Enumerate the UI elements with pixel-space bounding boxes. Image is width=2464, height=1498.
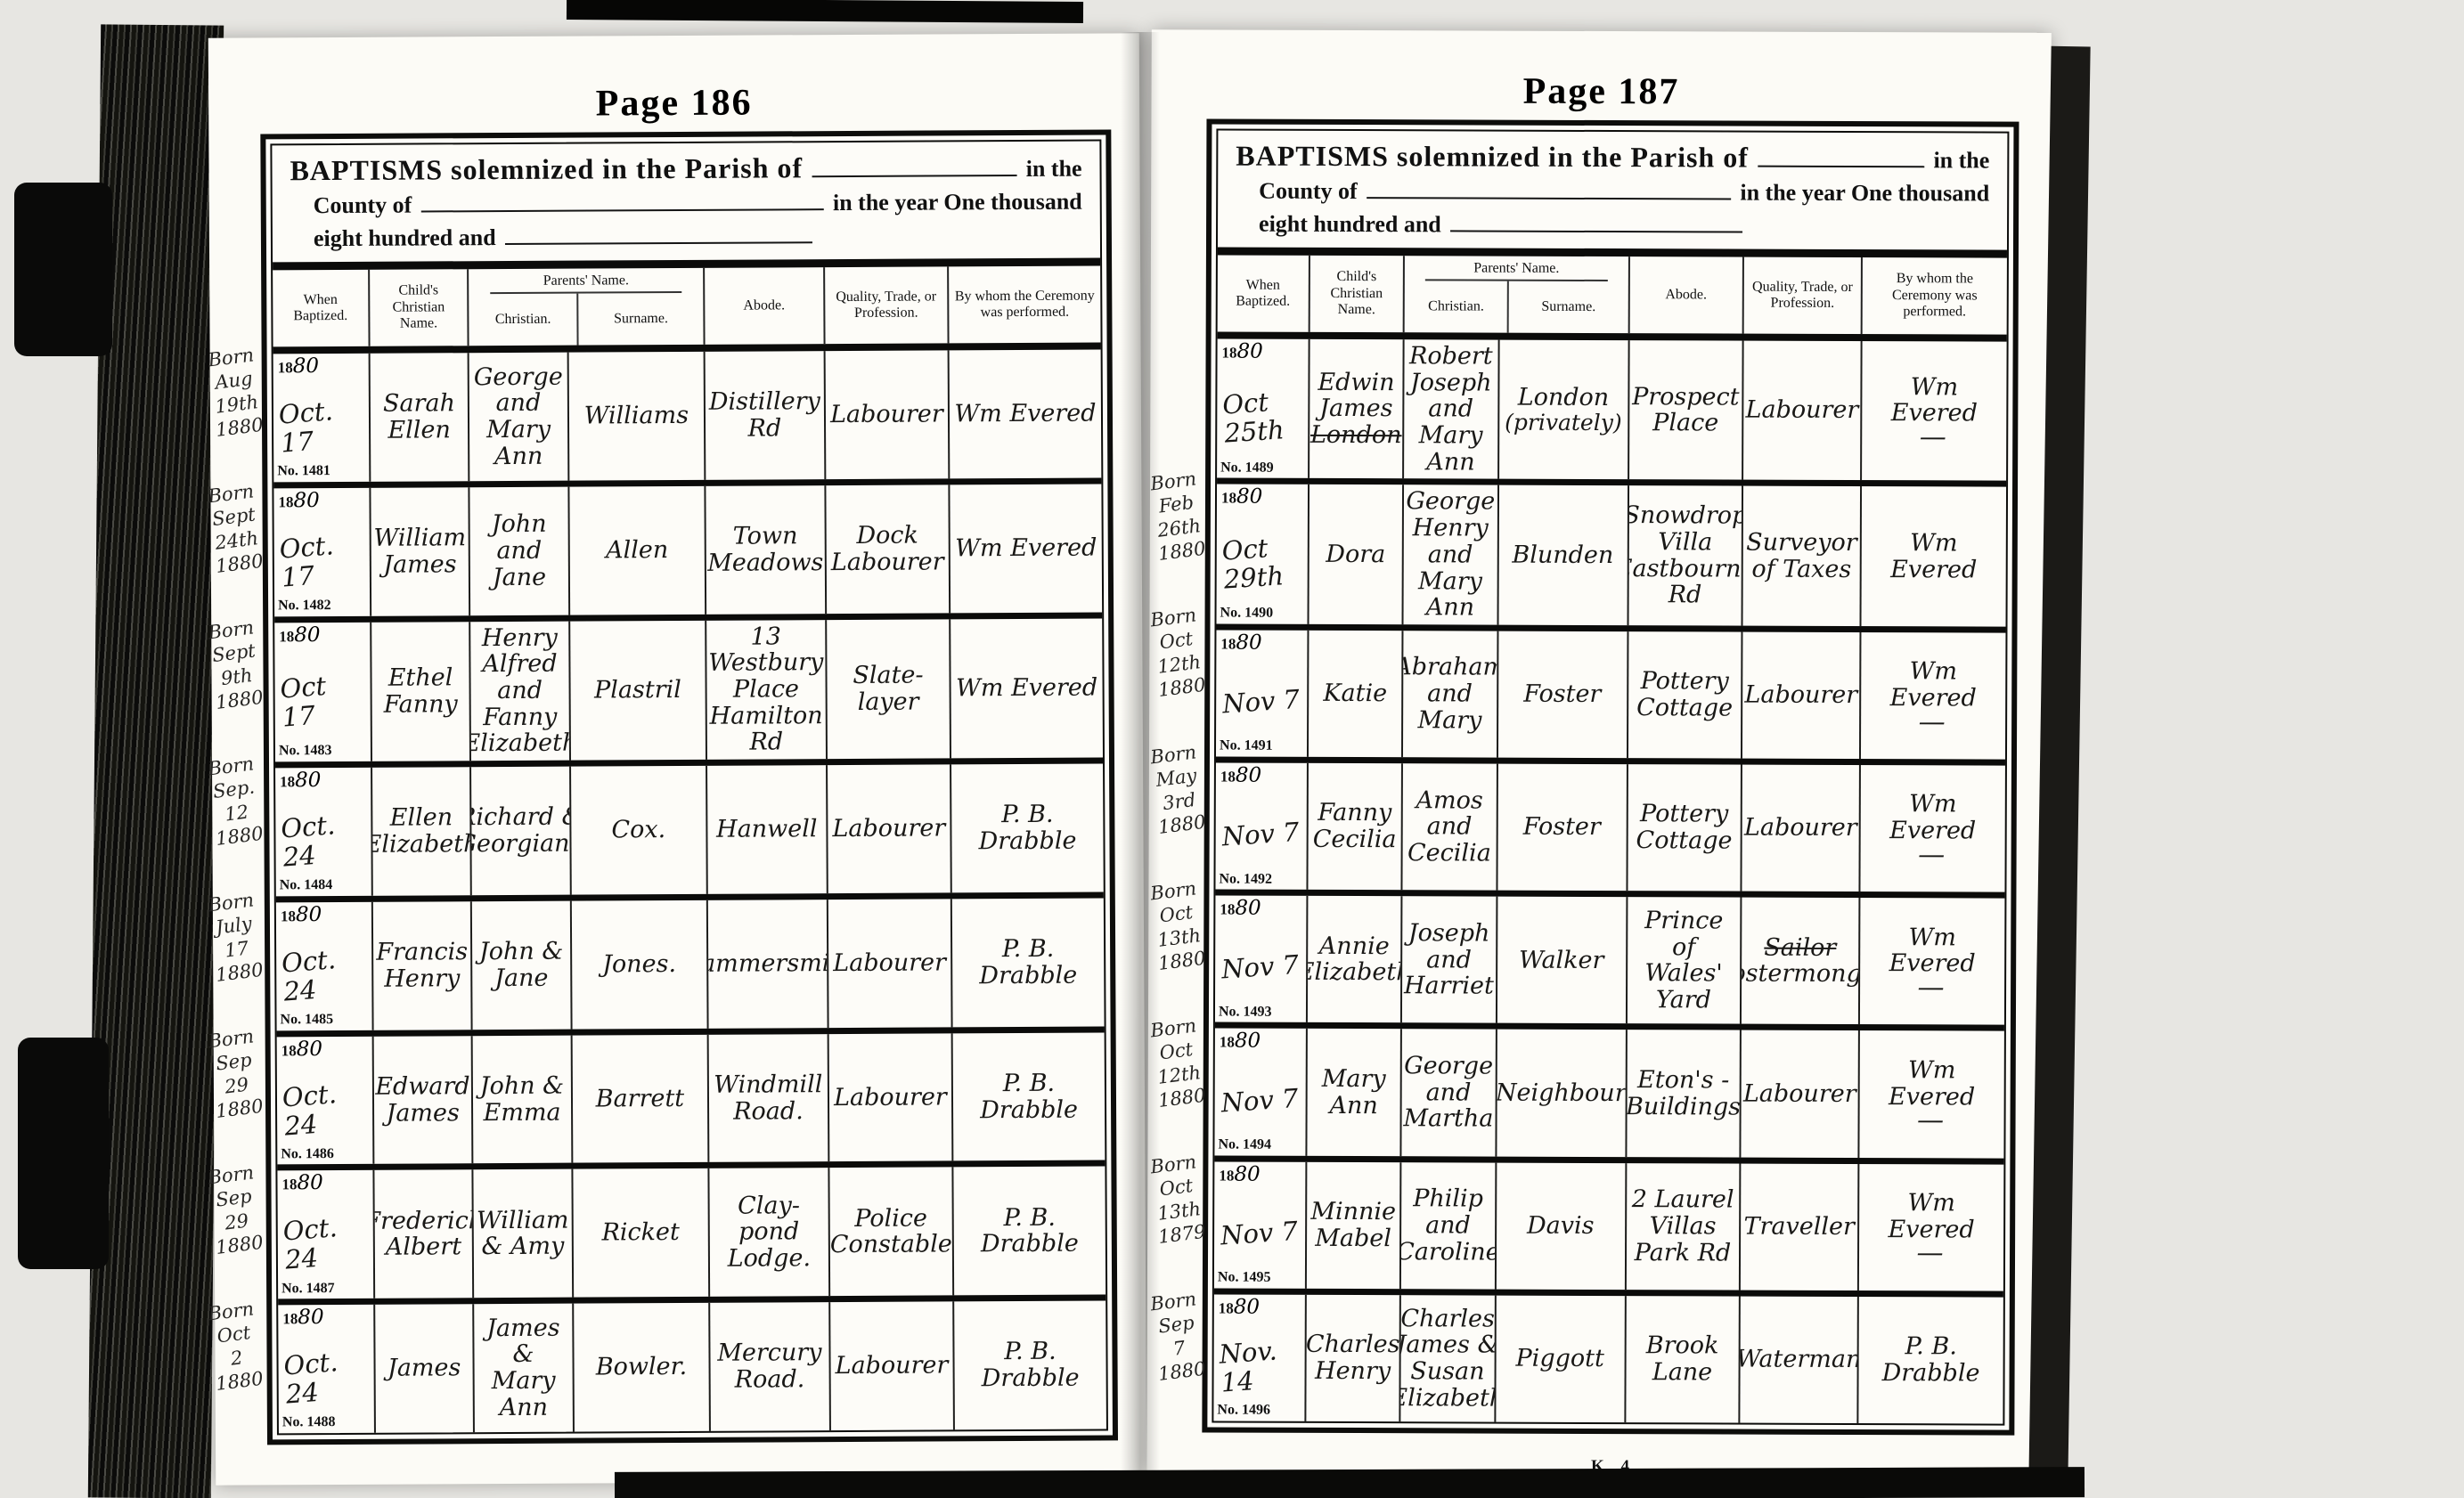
quality-trade-cell: Labourer	[823, 350, 948, 479]
column-headers: When Baptized. Child's Christian Name. P…	[273, 266, 1100, 354]
entry-number: No. 1493	[1219, 1004, 1272, 1020]
table-row: 1880 Oct. 24 No. 1488 James James & Mary…	[278, 1301, 1106, 1434]
margin-born-note: Born Sep 29 1880	[193, 1016, 281, 1160]
col-by-whom: By whom the Ceremony was performed.	[1861, 257, 2007, 335]
entry-number: No. 1487	[281, 1281, 335, 1297]
margin-born-notes-186: Born Aug 19th 1880Born Sept 24th 1880Bor…	[201, 338, 273, 1429]
year-entry: 1880	[281, 904, 322, 927]
margin-born-note: Born Sep 29 1880	[193, 1152, 281, 1297]
blank-line	[1367, 191, 1732, 199]
margin-born-note: Born Oct 2 1880	[193, 1289, 281, 1433]
when-baptized-cell: 1880 Nov 7 No. 1491	[1216, 630, 1307, 757]
struck-text: Sailor	[1764, 934, 1836, 961]
table-row: 1880 Oct. 17 No. 1481 Sarah Ellen George…	[273, 350, 1102, 489]
table-row: 1880 Oct. 24 No. 1484 Ellen Elizabeth Ri…	[275, 764, 1104, 903]
binding-clasp	[14, 183, 112, 356]
year-entry: 1880	[278, 355, 319, 379]
child-name-cell: Edwin James London	[1308, 339, 1403, 479]
when-baptized-cell: 1880 Nov 7 No. 1492	[1215, 763, 1306, 891]
col-abode: Abode.	[703, 267, 823, 345]
child-name-cell: Francis Henry	[371, 901, 471, 1030]
form-heading-line3: eight hundred and	[314, 222, 496, 255]
abode-cell: Windmill Road.	[707, 1034, 828, 1163]
col-parents-surname: Surname.	[1507, 281, 1628, 333]
col-quality-trade: Quality, Trade, or Profession.	[823, 266, 948, 344]
col-when-baptized: When Baptized.	[273, 270, 368, 347]
quality-trade-cell: Labourer	[1741, 631, 1859, 759]
by-whom-cell: Wm Evered	[949, 618, 1103, 758]
entry-number: No. 1481	[277, 463, 330, 479]
year-entry: 1880	[281, 1173, 322, 1196]
form-heading-line2: County of	[314, 190, 412, 223]
entry-number: No. 1483	[279, 743, 332, 759]
by-whom-cell: Wm Evered —	[1858, 898, 2004, 1025]
when-baptized-cell: 1880 Oct. 17 No. 1482	[273, 488, 370, 616]
form-heading-line3: eight hundred and	[1259, 208, 1441, 241]
by-whom-cell: Wm Evered —	[1860, 341, 2006, 481]
year-entry: 1880	[1219, 1296, 1260, 1318]
quality-trade-cell: Labourer	[827, 899, 951, 1028]
margin-born-note: Born Sep. 12 1880	[193, 744, 281, 888]
parents-christian-cell: Henry Alfred and Fanny Elizabeth	[469, 621, 568, 761]
when-baptized-cell: 1880 Oct. 24 No. 1485	[276, 902, 372, 1030]
entry-number: No. 1484	[280, 877, 333, 893]
year-entry: 1880	[282, 1307, 323, 1330]
signature-flourish: —	[1920, 427, 1949, 448]
abode-cell: Hanwell	[706, 765, 826, 894]
year-entry: 1880	[281, 1038, 322, 1062]
entry-number: No. 1482	[278, 598, 331, 614]
baptism-date-entry: Nov. 14	[1219, 1336, 1303, 1398]
parents-christian-cell: John & Emma	[471, 1035, 571, 1163]
parents-surname-cell: Piggott	[1494, 1295, 1625, 1422]
parents-surname-cell: Neighbour	[1495, 1030, 1626, 1157]
child-name-cell: Ethel Fanny	[370, 622, 469, 761]
when-baptized-cell: 1880 Nov 7 No. 1493	[1215, 896, 1306, 1023]
col-childs-name: Child's Christian Name.	[368, 269, 468, 346]
margin-born-note: Born July 17 1880	[193, 880, 281, 1024]
child-name-cell: Frederick Albert	[372, 1170, 472, 1299]
baptism-date-entry: Oct. 24	[281, 1078, 371, 1141]
by-whom-cell: P. B. Drabble	[952, 1301, 1106, 1430]
signature-flourish: —	[1918, 844, 1947, 866]
abode-cell: Mercury Road.	[708, 1302, 828, 1431]
page-title: Page 187	[1152, 29, 2052, 115]
abode-cell: 13 Westbury Place Hamilton Rd	[705, 620, 826, 760]
signature-flourish: —	[1917, 1110, 1946, 1131]
baptism-date-entry: Oct. 17	[279, 529, 368, 592]
year-entry: 1880	[1219, 1163, 1260, 1185]
form-heading-line1: BAPTISMS solemnized in the Parish of	[1236, 140, 1749, 174]
year-entry: 1880	[1222, 341, 1263, 363]
year-entry: 1880	[279, 624, 320, 647]
table-row: 1880 Oct. 24 No. 1485 Francis Henry John…	[276, 898, 1105, 1037]
entry-number: No. 1490	[1220, 606, 1274, 622]
by-whom-cell: P. B. Drabble	[951, 1167, 1106, 1296]
quality-trade-cell: Labourer	[827, 1033, 951, 1162]
child-name-cell: Annie Elizabeth	[1306, 896, 1401, 1023]
baptism-date-entry: Oct 29th	[1221, 533, 1306, 595]
entry-number: No. 1489	[1220, 460, 1274, 476]
child-name-cell: Edward James	[371, 1036, 471, 1164]
blank-line	[420, 203, 824, 212]
entry-number: No. 1486	[281, 1146, 334, 1162]
signature-flourish: —	[1916, 1243, 1946, 1265]
child-name-cell: Dora	[1307, 484, 1402, 624]
by-whom-cell: Wm Evered —	[1859, 632, 2005, 760]
parents-surname-cell: Cox.	[569, 766, 706, 895]
col-by-whom: By whom the Ceremony was performed.	[947, 266, 1100, 344]
baptism-register-table: BAPTISMS solemnized in the Parish of in …	[1202, 118, 2019, 1435]
by-whom-cell: Wm Evered —	[1859, 765, 2005, 892]
baptism-date-entry: Nov 7	[1221, 818, 1301, 852]
form-heading-line1: BAPTISMS solemnized in the Parish of	[290, 151, 803, 186]
quality-trade-cell: Traveller	[1739, 1163, 1857, 1290]
by-whom-cell: P. B. Drabble	[951, 898, 1105, 1027]
blank-line	[1450, 224, 1742, 232]
entry-number: No. 1488	[282, 1414, 336, 1430]
quality-trade-cell: Police Constable	[828, 1168, 952, 1297]
abode-cell: Brook Lane	[1624, 1296, 1739, 1423]
table-row: 1880 Nov. 14 No. 1496 Charles Henry Char…	[1213, 1294, 2003, 1423]
parents-surname-cell: Allen	[567, 486, 705, 615]
quality-trade-cell: Dock Labourer	[824, 484, 949, 614]
abode-cell: Clay-pond Lodge.	[707, 1168, 828, 1298]
when-baptized-cell: 1880 Oct 29th No. 1490	[1217, 484, 1308, 624]
child-name-cell: Minnie Mabel	[1305, 1161, 1400, 1289]
entry-number: No. 1492	[1219, 871, 1272, 887]
parents-christian-cell: Richard & Georgiana	[469, 767, 569, 895]
form-heading: BAPTISMS solemnized in the Parish of in …	[1218, 131, 2007, 258]
when-baptized-cell: 1880 Nov. 14 No. 1496	[1213, 1294, 1304, 1421]
abode-cell: Prospect Place	[1628, 340, 1742, 480]
quality-trade-cell: Labourer	[1741, 765, 1859, 892]
col-parents-christian: Christian.	[469, 294, 577, 346]
table-row: 1880 Nov 7 No. 1491 Katie Abraham and Ma…	[1216, 630, 2006, 765]
parents-christian-cell: George and Mary Ann	[468, 353, 567, 481]
baptism-date-entry: Oct 25th	[1221, 387, 1306, 449]
baptism-register-table: BAPTISMS solemnized in the Parish of in …	[260, 129, 1118, 1445]
blank-line	[1758, 160, 1925, 168]
baptism-date-entry: Nov 7	[1220, 1084, 1300, 1118]
table-row: 1880 Oct. 24 No. 1487 Frederick Albert W…	[277, 1167, 1106, 1306]
parents-surname-cell: Jones.	[570, 900, 707, 1030]
by-whom-cell: P. B. Drabble	[950, 764, 1104, 893]
child-name-cell: Ellen Elizabeth	[371, 767, 470, 895]
parents-surname-cell: London (privately)	[1497, 340, 1628, 480]
parents-surname-cell: Plastril	[568, 620, 706, 760]
parents-surname-cell: Bowler.	[572, 1303, 709, 1432]
by-whom-cell: P. B. Drabble	[951, 1032, 1106, 1161]
table-row: 1880 Oct 25th No. 1489 Edwin James Londo…	[1217, 339, 2007, 488]
abode-cell: Eton's - Buildings	[1625, 1030, 1740, 1158]
year-entry: 1880	[1220, 1030, 1261, 1053]
table-row: 1880 Oct 17 No. 1483 Ethel Fanny Henry A…	[274, 618, 1103, 768]
register-scan: Page 186 BAPTISMS solemnized in the Pari…	[0, 0, 2464, 1498]
by-whom-cell: Wm Evered	[1860, 486, 2006, 626]
year-entry: 1880	[1220, 898, 1261, 920]
parents-surname-cell: Ricket	[571, 1168, 708, 1298]
entry-number: No. 1485	[280, 1012, 333, 1028]
entry-number: No. 1491	[1220, 738, 1273, 754]
parents-christian-cell: Charles James & Susan Elizabeth	[1399, 1295, 1495, 1422]
table-row: 1880 Nov 7 No. 1492 Fanny Cecilia Amos a…	[1215, 763, 2005, 899]
parents-surname-cell: Foster	[1496, 631, 1627, 758]
parents-christian-cell: Robert Joseph and Mary Ann	[1402, 339, 1497, 479]
quality-trade-cell: Labourer	[1742, 341, 1860, 481]
parents-surname-cell: Williams	[567, 352, 704, 481]
year-entry: 1880	[1220, 765, 1261, 787]
abode-cell: Distillery Rd	[704, 351, 824, 480]
col-quality-trade: Quality, Trade, or Profession.	[1742, 257, 1861, 334]
left-page: Page 186 BAPTISMS solemnized in the Pari…	[208, 33, 1146, 1485]
table-row: 1880 Oct 29th No. 1490 Dora George Henry…	[1216, 484, 2006, 633]
surname-note: (privately)	[1505, 411, 1622, 436]
parents-christian-cell: George Henry and Mary Ann	[1402, 485, 1497, 625]
parents-christian-cell: James & Mary Ann	[472, 1304, 572, 1432]
col-parents-name: Parents' Name. Christian. Surname.	[467, 268, 703, 346]
parents-christian-cell: John and Jane	[469, 486, 568, 615]
form-heading: BAPTISMS solemnized in the Parish of in …	[272, 142, 1100, 271]
abode-cell: 2 Laurel Villas Park Rd	[1625, 1163, 1740, 1290]
quality-trade-cell: Labourer	[1740, 1030, 1858, 1158]
margin-born-note: Born Sept 9th 1880	[193, 607, 281, 752]
scan-edge-artifact	[567, 0, 1083, 23]
right-page: Page 187 BAPTISMS solemnized in the Pari…	[1146, 29, 2052, 1476]
year-entry: 1880	[1220, 631, 1261, 654]
abode-cell: Hammersmith	[706, 900, 827, 1029]
table-row: 1880 Oct. 24 No. 1486 Edward James John …	[277, 1032, 1106, 1171]
parents-surname-cell: Foster	[1496, 764, 1627, 891]
binding-clasp	[18, 1038, 109, 1269]
parents-surname-cell: Davis	[1494, 1162, 1625, 1290]
when-baptized-cell: 1880 Oct. 24 No. 1487	[277, 1170, 373, 1299]
parents-surname-cell: Walker	[1495, 897, 1626, 1024]
by-whom-cell: Wm Evered —	[1857, 1164, 2003, 1291]
blank-line	[812, 169, 1017, 177]
blank-line	[505, 236, 812, 245]
table-row: 1880 Oct. 17 No. 1482 William James John…	[273, 484, 1102, 623]
child-name-cell: Sarah Ellen	[368, 353, 468, 481]
by-whom-cell: P. B. Drabble	[1856, 1297, 2003, 1424]
col-parents-name: Parents' Name. Christian. Surname.	[1403, 256, 1628, 333]
col-parents-surname: Surname.	[576, 293, 703, 346]
abode-cell: Snowdrop Villa Eastbourne Rd	[1627, 486, 1742, 626]
quality-trade-cell: Sailor Costermonger	[1740, 898, 1858, 1025]
column-headers: When Baptized. Child's Christian Name. P…	[1218, 256, 2007, 342]
quality-trade-cell: Waterman	[1739, 1296, 1857, 1423]
child-name-cell: William James	[369, 487, 469, 615]
signature-flourish: —	[1918, 977, 1947, 998]
child-name-cell: Fanny Cecilia	[1306, 763, 1401, 891]
page-title: Page 186	[208, 33, 1140, 126]
baptism-date-entry: Nov 7	[1220, 1217, 1299, 1251]
when-baptized-cell: 1880 Oct 25th No. 1489	[1217, 339, 1308, 479]
entries-page-186: 1880 Oct. 17 No. 1481 Sarah Ellen George…	[273, 350, 1106, 1434]
quality-trade-cell: Labourer	[828, 1302, 953, 1431]
page-gutter-shadow	[1121, 32, 1160, 1484]
baptism-date-entry: Oct 17	[279, 669, 368, 732]
table-row: 1880 Nov 7 No. 1494 Mary Ann George and …	[1214, 1029, 2004, 1164]
margin-born-note: Born Sept 24th 1880	[193, 471, 281, 615]
child-name-cell: Charles Henry	[1304, 1295, 1399, 1422]
signature-flourish: —	[1919, 712, 1948, 733]
col-when-baptized: When Baptized.	[1218, 256, 1309, 332]
parents-christian-cell: Philip and Caroline	[1399, 1162, 1495, 1290]
baptism-date-entry: Nov 7	[1221, 686, 1301, 720]
margin-born-note: Born Aug 19th 1880	[193, 335, 281, 479]
col-abode: Abode.	[1628, 256, 1742, 333]
child-name-cell: Mary Ann	[1305, 1029, 1400, 1156]
when-baptized-cell: 1880 Oct. 24 No. 1486	[277, 1036, 373, 1164]
by-whom-cell: Wm Evered —	[1857, 1030, 2003, 1158]
baptism-date-entry: Oct. 24	[280, 810, 369, 873]
parents-christian-cell: Abraham and Mary	[1401, 631, 1497, 758]
when-baptized-cell: 1880 Oct. 24 No. 1484	[275, 768, 371, 896]
parents-christian-cell: John & Jane	[470, 900, 570, 1029]
baptism-date-entry: Oct. 24	[281, 943, 370, 1006]
form-heading-line2: County of	[1259, 175, 1358, 208]
abode-cell: Town Meadows	[704, 485, 824, 615]
abode-cell: Pottery Cottage	[1627, 631, 1742, 759]
entry-number: No. 1495	[1218, 1270, 1271, 1286]
when-baptized-cell: 1880 Oct. 24 No. 1488	[278, 1305, 374, 1433]
child-name-cell: Katie	[1307, 631, 1402, 758]
col-childs-name: Child's Christian Name.	[1309, 256, 1404, 332]
parents-christian-cell: Amos and Cecilia	[1401, 763, 1497, 891]
parents-christian-cell: George and Martha	[1400, 1030, 1496, 1157]
year-entry: 1880	[278, 490, 319, 513]
baptism-date-entry: Oct. 17	[278, 395, 367, 459]
table-row: 1880 Nov 7 No. 1495 Minnie Mabel Philip …	[1214, 1161, 2004, 1297]
abode-cell: Pottery Cottage	[1626, 764, 1741, 891]
baptism-date-entry: Oct. 24	[282, 1212, 371, 1275]
scan-edge-artifact	[615, 1467, 2085, 1498]
parents-christian-cell: Joseph and Harriet	[1400, 896, 1496, 1023]
entry-number: No. 1494	[1218, 1137, 1271, 1153]
when-baptized-cell: 1880 Nov 7 No. 1494	[1214, 1029, 1305, 1156]
child-name-cell: James	[373, 1304, 473, 1432]
quality-trade-cell: Surveyor of Taxes	[1742, 486, 1860, 626]
abode-cell: Prince of Wales' Yard	[1626, 897, 1741, 1024]
entry-number: No. 1496	[1217, 1403, 1270, 1419]
when-baptized-cell: 1880 Nov 7 No. 1495	[1214, 1161, 1305, 1289]
table-row: 1880 Nov 7 No. 1493 Annie Elizabeth Jose…	[1215, 896, 2005, 1031]
parents-surname-cell: Blunden	[1497, 485, 1628, 625]
quality-trade-cell: Slate-layer	[825, 619, 950, 759]
parents-surname-cell: Barrett	[570, 1034, 707, 1163]
by-whom-cell: Wm Evered	[948, 484, 1102, 613]
parents-christian-cell: William & Amy	[472, 1169, 572, 1298]
struck-text: London	[1310, 422, 1402, 449]
baptism-date-entry: Oct. 24	[282, 1347, 371, 1410]
by-whom-cell: Wm Evered	[948, 350, 1102, 479]
entries-page-187: 1880 Oct 25th No. 1489 Edwin James Londo…	[1213, 339, 2006, 1424]
col-parents-christian: Christian.	[1405, 281, 1507, 332]
baptism-date-entry: Nov 7	[1220, 951, 1300, 985]
when-baptized-cell: 1880 Oct. 17 No. 1481	[273, 354, 370, 482]
year-entry: 1880	[1221, 486, 1262, 509]
when-baptized-cell: 1880 Oct 17 No. 1483	[274, 622, 371, 761]
quality-trade-cell: Labourer	[826, 764, 951, 893]
year-entry: 1880	[280, 769, 321, 793]
